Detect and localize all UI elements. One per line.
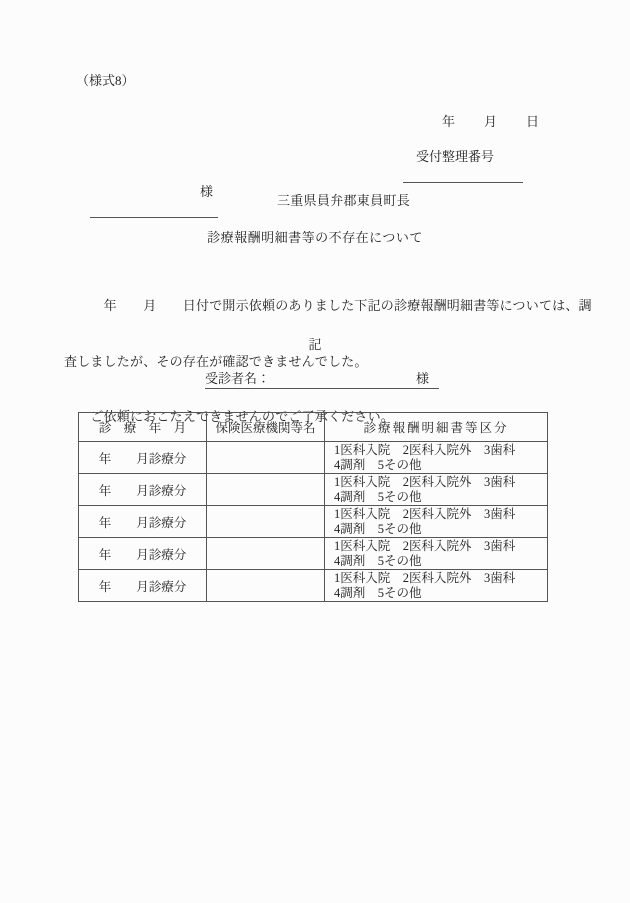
statement-category-cell: 1医科入院 2医科入院外 3歯科4調剤 5その他 — [325, 442, 548, 474]
document-page: （様式8） 年 月 日 受付整理番号 様 三重県員弁郡東員町長 診療報酬明細書等… — [0, 0, 630, 903]
patient-name-label: 受診者名： — [205, 371, 270, 387]
patient-name-suffix: 様 — [416, 371, 429, 387]
category-line-1: 1医科入院 2医科入院外 3歯科 — [334, 571, 547, 586]
institution-name-cell — [207, 570, 325, 602]
statement-category-cell: 1医科入院 2医科入院外 3歯科4調剤 5その他 — [325, 506, 548, 538]
treatment-month-cell: 年 月診療分 — [79, 570, 207, 602]
record-marker: 記 — [0, 337, 630, 353]
body-line-2: 査しましたが、その存在が確認できませんでした。 — [64, 350, 586, 374]
statement-category-cell: 1医科入院 2医科入院外 3歯科4調剤 5その他 — [325, 474, 548, 506]
category-line-2: 4調剤 5その他 — [334, 458, 547, 473]
category-line-2: 4調剤 5その他 — [334, 490, 547, 505]
statement-table: 診 療 年 月 保険医療機関等名 診療報酬明細書等区分 年 月診療分1医科入院 … — [78, 412, 548, 602]
treatment-month-cell: 年 月診療分 — [79, 474, 207, 506]
treatment-month-cell: 年 月診療分 — [79, 442, 207, 474]
patient-name-field: 受診者名： 様 — [205, 371, 439, 389]
addressee-field: 様 — [90, 168, 218, 218]
receipt-number-label: 受付整理番号 — [416, 149, 494, 164]
header-statement-category: 診療報酬明細書等区分 — [325, 413, 548, 442]
category-line-2: 4調剤 5その他 — [334, 522, 547, 537]
addressee-suffix-label: 様 — [200, 184, 213, 199]
patient-name-blank — [270, 371, 416, 387]
category-line-2: 4調剤 5その他 — [334, 554, 547, 569]
institution-name-cell — [207, 474, 325, 506]
header-treatment-month: 診 療 年 月 — [79, 413, 207, 442]
institution-name-cell — [207, 442, 325, 474]
receipt-number-field: 受付整理番号 — [403, 133, 523, 183]
table-row: 年 月診療分1医科入院 2医科入院外 3歯科4調剤 5その他 — [79, 474, 548, 506]
category-line-1: 1医科入院 2医科入院外 3歯科 — [334, 539, 547, 554]
category-line-1: 1医科入院 2医科入院外 3歯科 — [334, 507, 547, 522]
table-row: 年 月診療分1医科入院 2医科入院外 3歯科4調剤 5その他 — [79, 570, 548, 602]
table-row: 年 月診療分1医科入院 2医科入院外 3歯科4調剤 5その他 — [79, 442, 548, 474]
document-title: 診療報酬明細書等の不存在について — [0, 230, 630, 246]
table-row: 年 月診療分1医科入院 2医科入院外 3歯科4調剤 5その他 — [79, 538, 548, 570]
institution-name-cell — [207, 506, 325, 538]
institution-name-cell — [207, 538, 325, 570]
form-number-label: （様式8） — [76, 73, 135, 89]
sender-name: 三重県員弁郡東員町長 — [277, 193, 410, 209]
category-line-2: 4調剤 5その他 — [334, 586, 547, 601]
category-line-1: 1医科入院 2医科入院外 3歯科 — [334, 443, 547, 458]
body-line-1: 年 月 日付で開示依頼のありました下記の診療報酬明細書等については、調 — [64, 294, 586, 318]
date-line: 年 月 日 — [442, 114, 540, 130]
table-body: 年 月診療分1医科入院 2医科入院外 3歯科4調剤 5その他年 月診療分1医科入… — [79, 442, 548, 602]
table-row: 年 月診療分1医科入院 2医科入院外 3歯科4調剤 5その他 — [79, 506, 548, 538]
statement-category-cell: 1医科入院 2医科入院外 3歯科4調剤 5その他 — [325, 538, 548, 570]
category-line-1: 1医科入院 2医科入院外 3歯科 — [334, 475, 547, 490]
table-header: 診 療 年 月 保険医療機関等名 診療報酬明細書等区分 — [79, 413, 548, 442]
statement-category-cell: 1医科入院 2医科入院外 3歯科4調剤 5その他 — [325, 570, 548, 602]
table-header-row: 診 療 年 月 保険医療機関等名 診療報酬明細書等区分 — [79, 413, 548, 442]
header-institution-name: 保険医療機関等名 — [207, 413, 325, 442]
treatment-month-cell: 年 月診療分 — [79, 506, 207, 538]
treatment-month-cell: 年 月診療分 — [79, 538, 207, 570]
